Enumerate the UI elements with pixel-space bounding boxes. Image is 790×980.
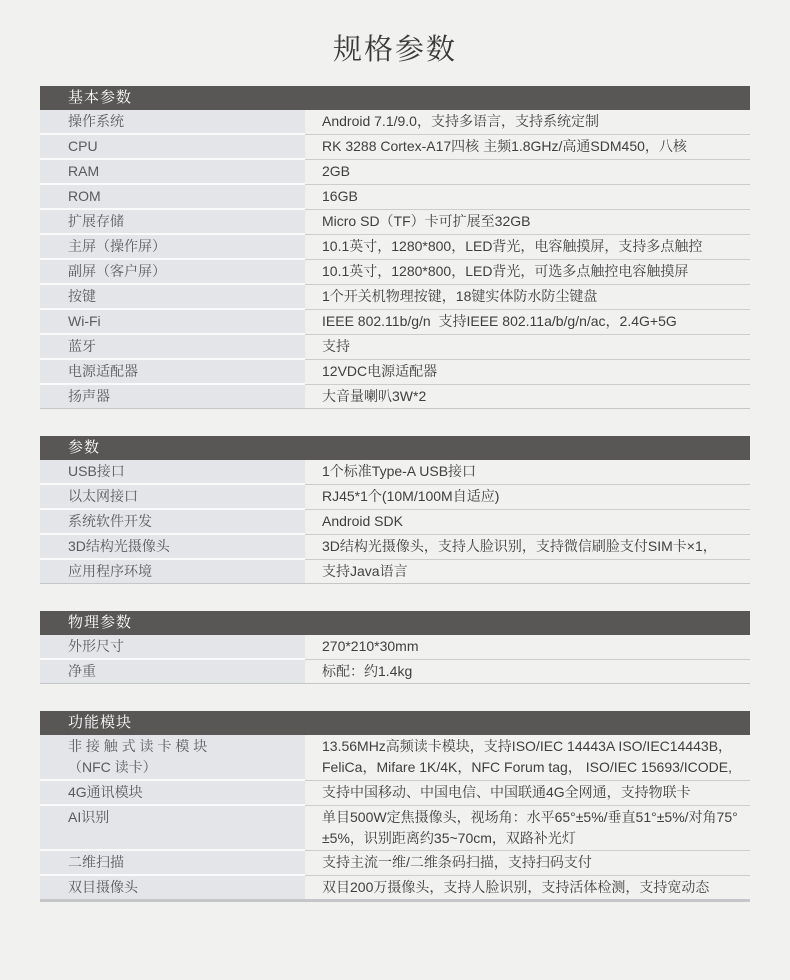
spec-row-value: Android SDK [305,510,750,535]
section-rows: 非 接 触 式 读 卡 模 块 （NFC 读卡） 13.56MHz高频读卡模块，… [40,735,750,899]
spec-row-label: 电源适配器 [40,360,305,385]
spec-row-label: 4G通讯模块 [40,781,305,806]
spec-row: 应用程序环境 支持Java语言 [40,560,750,583]
spec-row-label: 操作系统 [40,110,305,135]
spec-row-label: 二维扫描 [40,851,305,876]
section-rows: 外形尺寸 270*210*30mm 净重 标配：约1.4kg [40,635,750,683]
spec-row: 外形尺寸 270*210*30mm [40,635,750,660]
spec-row: 二维扫描 支持主流一维/二维条码扫描，支持扫码支付 [40,851,750,876]
spec-row: 按键 1个开关机物理按键，18键实体防水防尘键盘 [40,285,750,310]
spec-row: Wi-Fi IEEE 802.11b/g/n 支持IEEE 802.11a/b/… [40,310,750,335]
spec-row-label: 按键 [40,285,305,310]
spec-row-label: ROM [40,185,305,210]
spec-row-value: 支持Java语言 [305,560,750,583]
spec-sections: 基本参数 操作系统 Android 7.1/9.0，支持多语言，支持系统定制 C… [40,86,750,902]
section-rows: USB接口 1个标准Type-A USB接口 以太网接口 RJ45*1个(10M… [40,460,750,583]
spec-row: 电源适配器 12VDC电源适配器 [40,360,750,385]
spec-row: USB接口 1个标准Type-A USB接口 [40,460,750,485]
section-title: 物理参数 [68,614,132,631]
spec-row-label: 双目摄像头 [40,876,305,899]
spec-row: 3D结构光摄像头 3D结构光摄像头，支持人脸识别，支持微信刷脸支付SIM卡×1， [40,535,750,560]
spec-row-value: RJ45*1个(10M/100M自适应) [305,485,750,510]
spec-row-label: 以太网接口 [40,485,305,510]
spec-row-value: 1个标准Type-A USB接口 [305,460,750,485]
spec-row-value: 10.1英寸，1280*800，LED背光，可选多点触控电容触摸屏 [305,260,750,285]
spec-row-value: Micro SD（TF）卡可扩展至32GB [305,210,750,235]
spec-row-value: 270*210*30mm [305,635,750,660]
spec-row: ROM 16GB [40,185,750,210]
section-title: 基本参数 [68,89,132,106]
spec-row-value: 支持主流一维/二维条码扫描，支持扫码支付 [305,851,750,876]
spec-row-value: 3D结构光摄像头，支持人脸识别，支持微信刷脸支付SIM卡×1， [305,535,750,560]
spec-row-value: 10.1英寸，1280*800，LED背光，电容触摸屏，支持多点触控 [305,235,750,260]
spec-row-label: USB接口 [40,460,305,485]
spec-row: 主屏（操作屏） 10.1英寸，1280*800，LED背光，电容触摸屏，支持多点… [40,235,750,260]
spec-row-label: CPU [40,135,305,160]
section-header: 基本参数 [40,86,750,110]
spec-section: 参数 USB接口 1个标准Type-A USB接口 以太网接口 RJ45*1个(… [40,436,750,584]
section-title: 功能模块 [68,714,132,731]
spec-row: 4G通讯模块 支持中国移动、中国电信、中国联通4G全网通，支持物联卡 [40,781,750,806]
spec-section: 物理参数 外形尺寸 270*210*30mm 净重 标配：约1.4kg [40,611,750,684]
spec-row-label: 蓝牙 [40,335,305,360]
spec-row: 双目摄像头 双目200万摄像头，支持人脸识别，支持活体检测，支持宽动态 [40,876,750,899]
section-title: 参数 [68,439,100,456]
spec-row-value: 单目500W定焦摄像头，视场角：水平65°±5%/垂直51°±5%/对角75°±… [305,806,750,851]
section-header: 功能模块 [40,711,750,735]
section-header: 物理参数 [40,611,750,635]
spec-row: 非 接 触 式 读 卡 模 块 （NFC 读卡） 13.56MHz高频读卡模块，… [40,735,750,781]
spec-row-value: 13.56MHz高频读卡模块，支持ISO/IEC 14443A ISO/IEC1… [305,735,750,781]
spec-row: 操作系统 Android 7.1/9.0，支持多语言，支持系统定制 [40,110,750,135]
section-rows: 操作系统 Android 7.1/9.0，支持多语言，支持系统定制 CPU RK… [40,110,750,408]
spec-row: 扬声器 大音量喇叭3W*2 [40,385,750,408]
spec-row-label: 外形尺寸 [40,635,305,660]
spec-row-value: RK 3288 Cortex-A17四核 主频1.8GHz/高通SDM450，八… [305,135,750,160]
spec-row-label: 应用程序环境 [40,560,305,583]
spec-row-value: 支持 [305,335,750,360]
spec-row-label: 扩展存储 [40,210,305,235]
spec-row-label: 副屏（客户屏） [40,260,305,285]
spec-row-label: Wi-Fi [40,310,305,335]
section-header: 参数 [40,436,750,460]
spec-row-label: 非 接 触 式 读 卡 模 块 （NFC 读卡） [40,735,305,781]
spec-row-value: 12VDC电源适配器 [305,360,750,385]
spec-row-value: IEEE 802.11b/g/n 支持IEEE 802.11a/b/g/n/ac… [305,310,750,335]
spec-row-label: 净重 [40,660,305,683]
spec-row: RAM 2GB [40,160,750,185]
spec-sheet: 规格参数 基本参数 操作系统 Android 7.1/9.0，支持多语言，支持系… [0,0,790,902]
spec-row-label: AI识别 [40,806,305,851]
spec-row: CPU RK 3288 Cortex-A17四核 主频1.8GHz/高通SDM4… [40,135,750,160]
spec-row-value: 16GB [305,185,750,210]
spec-row: 扩展存储 Micro SD（TF）卡可扩展至32GB [40,210,750,235]
spec-row: 副屏（客户屏） 10.1英寸，1280*800，LED背光，可选多点触控电容触摸… [40,260,750,285]
spec-row: 系统软件开发 Android SDK [40,510,750,535]
spec-row: 以太网接口 RJ45*1个(10M/100M自适应) [40,485,750,510]
spec-row-label: 系统软件开发 [40,510,305,535]
spec-row-value: 2GB [305,160,750,185]
spec-row-value: 双目200万摄像头，支持人脸识别，支持活体检测，支持宽动态 [305,876,750,899]
spec-row-value: 支持中国移动、中国电信、中国联通4G全网通，支持物联卡 [305,781,750,806]
spec-row-label: 扬声器 [40,385,305,408]
spec-row: 蓝牙 支持 [40,335,750,360]
spec-row-label: RAM [40,160,305,185]
spec-row-label: 主屏（操作屏） [40,235,305,260]
spec-row-label: 3D结构光摄像头 [40,535,305,560]
page-title: 规格参数 [0,0,790,86]
spec-row-value: 标配：约1.4kg [305,660,750,683]
spec-section: 基本参数 操作系统 Android 7.1/9.0，支持多语言，支持系统定制 C… [40,86,750,409]
spec-row: AI识别 单目500W定焦摄像头，视场角：水平65°±5%/垂直51°±5%/对… [40,806,750,851]
spec-row-value: 大音量喇叭3W*2 [305,385,750,408]
spec-section: 功能模块 非 接 触 式 读 卡 模 块 （NFC 读卡） 13.56MHz高频… [40,711,750,902]
spec-row-value: Android 7.1/9.0，支持多语言，支持系统定制 [305,110,750,135]
spec-row-value: 1个开关机物理按键，18键实体防水防尘键盘 [305,285,750,310]
spec-row: 净重 标配：约1.4kg [40,660,750,683]
